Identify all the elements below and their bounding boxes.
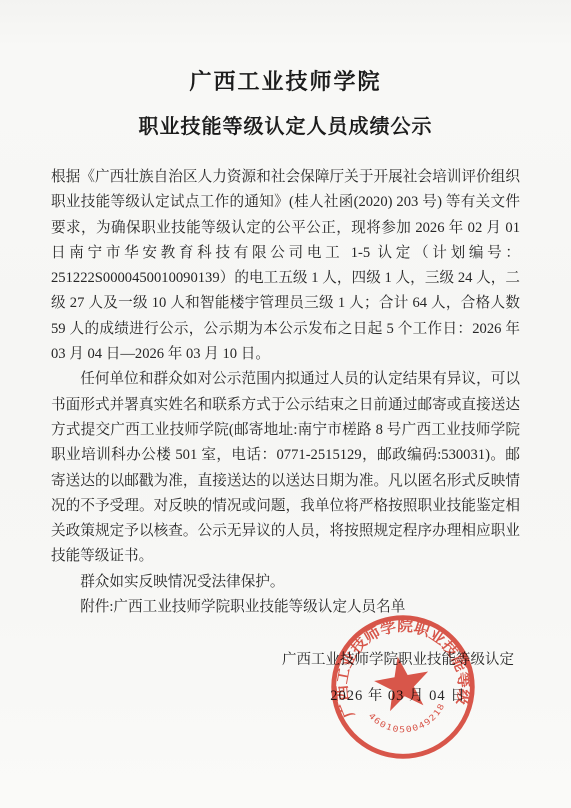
document-page: 广西工业技师学院 职业技能等级认定人员成绩公示 根据《广西壮族自治区人力资源和社… [0,0,571,808]
body-paragraph-objection: 任何单位和群众如对公示范围内拟通过人员的认定结果有异议，可以书面形式并署真实姓名… [51,367,520,569]
signature-org: 广西工业技师学院职业技能等级认定 [282,649,514,671]
doc-title-line1: 广西工业技师学院 [51,66,520,98]
attachment-line: 附件:广西工业技师学院职业技能等级认定人员名单 [51,595,520,620]
body-paragraph-basis: 根据《广西壮族自治区人力资源和社会保障厅关于开展社会培训评价组织职业技能等级认定… [51,165,520,367]
doc-title-line2: 职业技能等级认定人员成绩公示 [51,113,520,141]
body-paragraph-protection: 群众如实反映情况受法律保护。 [51,570,520,595]
document-body: 根据《广西壮族自治区人力资源和社会保障厅关于开展社会培训评价组织职业技能等级认定… [51,165,520,620]
signature-date: 2026 年 03 月 04 日 [282,685,514,707]
signature-block: 广西工业技师学院职业技能等级认定 2026 年 03 月 04 日 [282,649,514,707]
